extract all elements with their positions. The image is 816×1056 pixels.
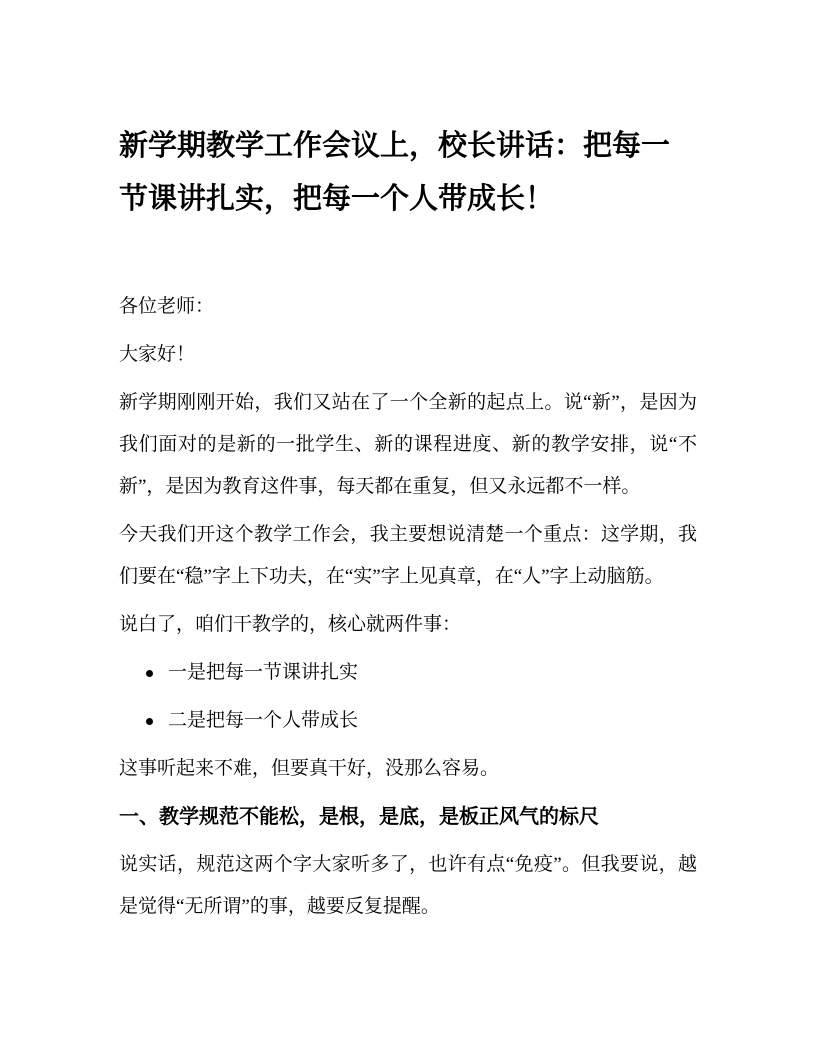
bullet-item-1-text: 一是把每一节课讲扎实 [168, 662, 358, 683]
paragraph-immune: 说实话，规范这两个字大家听多了，也许有点“免疫”。但我要说，越是觉得“无所谓”的… [119, 844, 697, 928]
paragraph-new-semester-intro: 新学期刚刚开始，我们又站在了一个全新的起点上。说“新”，是因为我们面对的是新的一… [119, 382, 697, 508]
section-heading-1: 一、教学规范不能松，是根，是底，是板正风气的标尺 [119, 796, 697, 838]
document-title: 新学期教学工作会议上，校长讲话：把每一节课讲扎实，把每一个人带成长！ [119, 120, 697, 226]
bullet-item-1: 一是把每一节课讲扎实 [119, 652, 697, 694]
paragraph-salutation: 各位老师： [119, 286, 697, 328]
bullet-icon [146, 670, 153, 677]
paragraph-two-things-lead: 说白了，咱们干教学的，核心就两件事： [119, 604, 697, 646]
bullet-item-2-text: 二是把每一个人带成长 [168, 710, 358, 731]
bullet-item-2: 二是把每一个人带成长 [119, 700, 697, 742]
paragraph-greeting: 大家好！ [119, 334, 697, 376]
document-page: 新学期教学工作会议上，校长讲话：把每一节课讲扎实，把每一个人带成长！ 各位老师：… [0, 0, 816, 1056]
bullet-icon [146, 718, 153, 725]
paragraph-not-easy: 这事听起来不难，但要真干好，没那么容易。 [119, 748, 697, 790]
paragraph-key-point: 今天我们开这个教学工作会，我主要想说清楚一个重点：这学期，我们要在“稳”字上下功… [119, 514, 697, 598]
